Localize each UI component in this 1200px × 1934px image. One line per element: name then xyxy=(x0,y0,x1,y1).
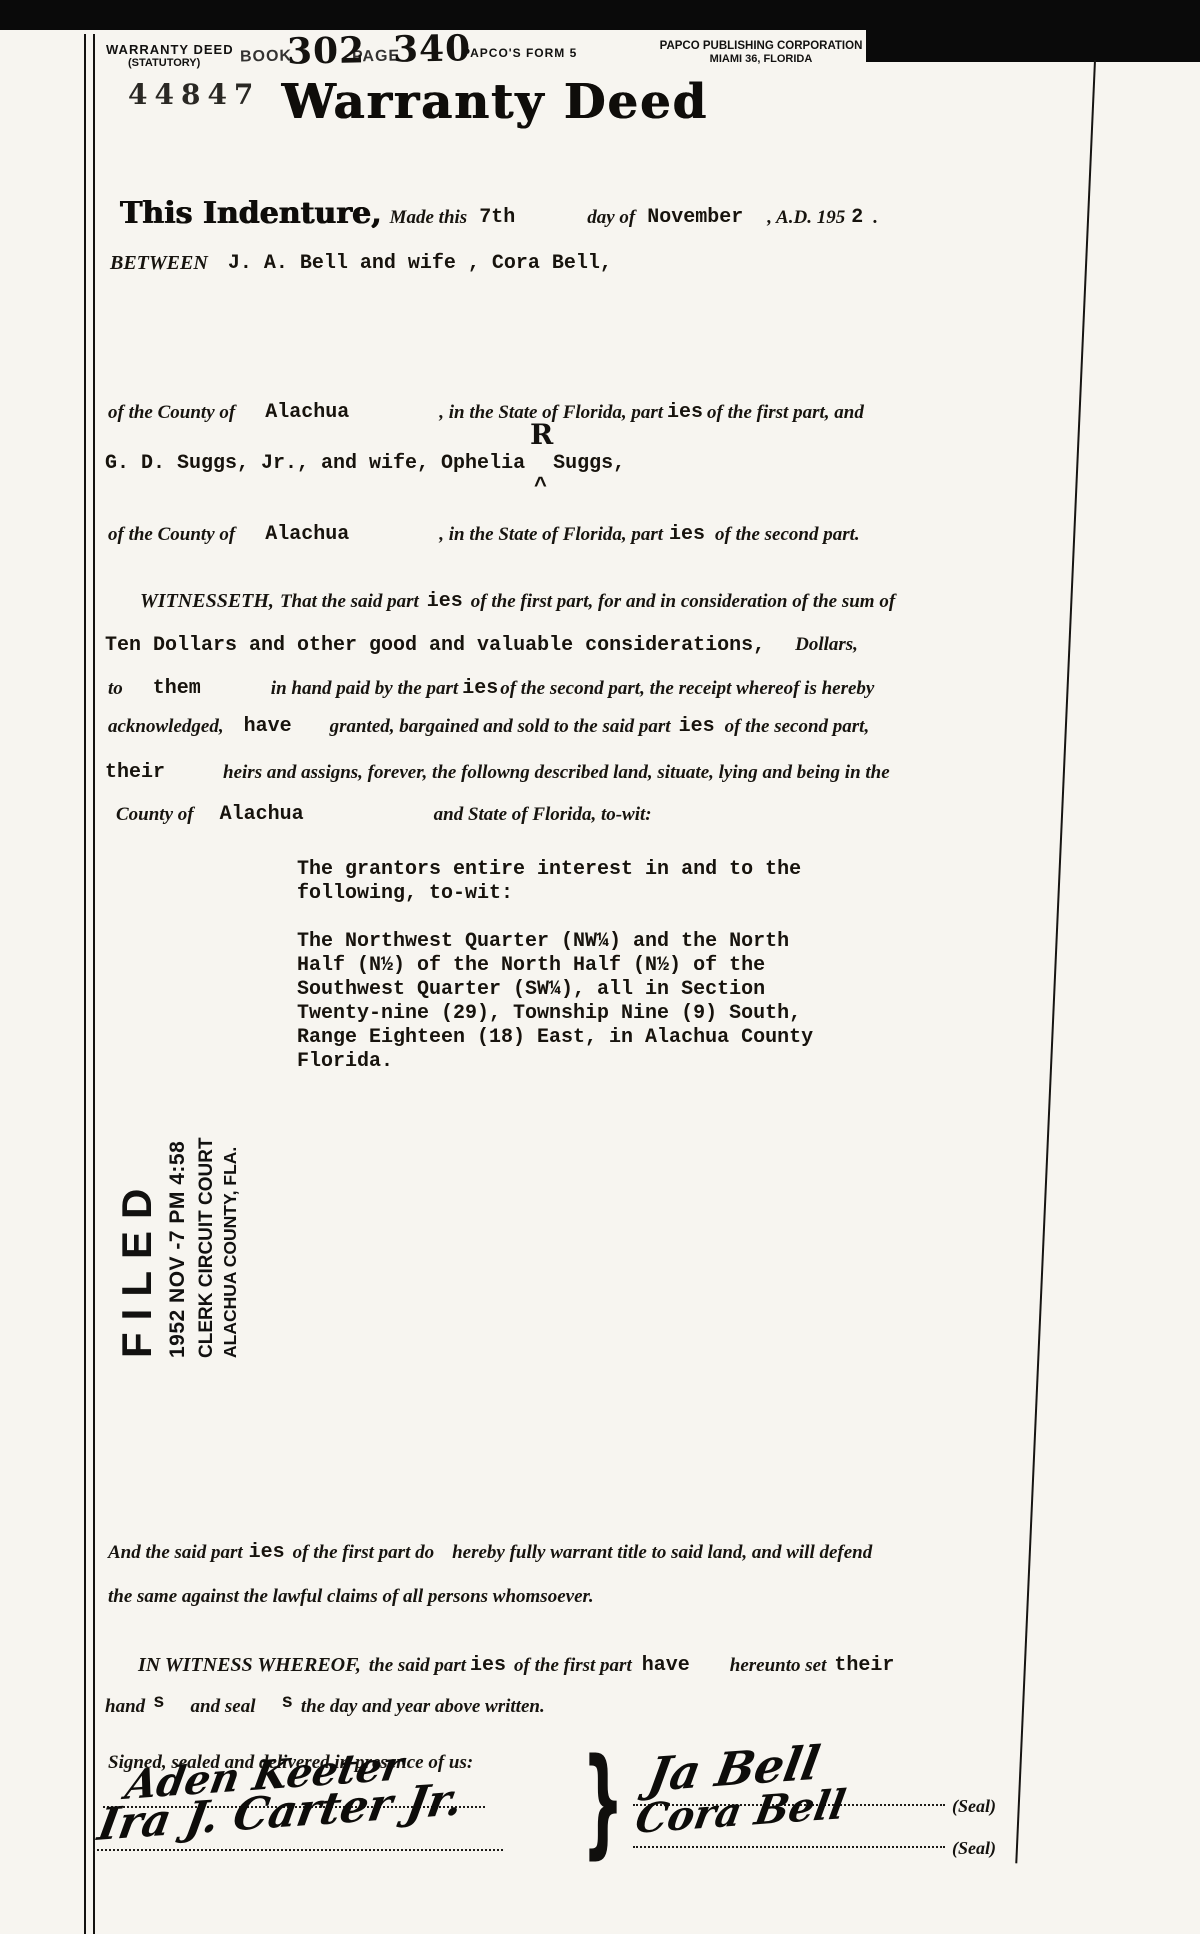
year-value: 2 xyxy=(851,206,863,229)
description-line: Half (N½) of the North Half (N½) of the xyxy=(297,954,765,977)
second-part-tail-label: of the second part. xyxy=(715,524,860,545)
filed-stamp-clerk: CLERK CIRCUIT COURT xyxy=(194,1100,219,1358)
form-type-label: WARRANTY DEED xyxy=(106,42,234,57)
paid-line: tothemin hand paid by the partiesof the … xyxy=(108,678,874,701)
warranty-line-2: the same against the lawful claims of al… xyxy=(108,1586,594,1608)
grantee-names-head: G. D. Suggs, Jr., and wife, Ophelia xyxy=(105,452,525,475)
amount-value: Ten Dollars and other good and valuable … xyxy=(105,634,765,657)
description-line: The grantors entire interest in and to t… xyxy=(297,858,801,881)
in-witness-label: IN WITNESS WHEREOF, xyxy=(138,1654,361,1676)
their-fill-2: their xyxy=(834,1654,894,1677)
hand-label: hand xyxy=(105,1696,145,1717)
page-number-stamp: 340 xyxy=(393,27,472,70)
county-value-first: Alachua xyxy=(265,401,349,424)
dollars-label: Dollars, xyxy=(795,634,858,655)
first-part-tail-label: of the first part, and xyxy=(707,402,864,423)
warranty-mid-label: of the first part do xyxy=(293,1542,434,1563)
county-of-label: County of xyxy=(116,804,194,825)
them-fill: them xyxy=(153,677,201,700)
hereunto-label: hereunto set xyxy=(730,1655,827,1676)
filed-stamp: FILED 1952 NOV -7 PM 4:58 CLERK CIRCUIT … xyxy=(112,1100,274,1358)
insertion-caret: ^ xyxy=(534,474,547,499)
right-rule xyxy=(1015,60,1096,1863)
ies-fill-2: ies xyxy=(669,523,705,546)
inserted-letter-r: R xyxy=(530,418,553,451)
witnesseth-label: WITNESSETH, xyxy=(140,590,274,612)
book-label-stamp: BOOK xyxy=(240,48,292,67)
acknowledged-label: acknowledged, xyxy=(108,716,224,737)
left-double-rule xyxy=(84,34,95,1934)
month-value: November xyxy=(647,206,743,229)
witness-signature-line-2 xyxy=(93,1849,503,1851)
ies-fill-7: ies xyxy=(470,1654,506,1677)
signature-brace: } xyxy=(582,1742,624,1860)
ies-fill-6: ies xyxy=(249,1541,285,1564)
county-value-second: Alachua xyxy=(265,523,349,546)
grantor-names: J. A. Bell and wife , Cora Bell, xyxy=(228,252,612,275)
description-line: Range Eighteen (18) East, in Alachua Cou… xyxy=(297,1026,813,1049)
between-label: BETWEEN xyxy=(110,252,208,274)
of-county-label: of the County of xyxy=(108,402,235,423)
warranty-line-1: And the said partiesof the first part do… xyxy=(108,1542,872,1565)
witnesseth-that-label: That the said part xyxy=(280,591,419,612)
county-state-line: County ofAlachuaand State of Florida, to… xyxy=(116,804,652,827)
of-county-label-2: of the County of xyxy=(108,524,235,545)
seal-label-2: (Seal) xyxy=(952,1838,996,1859)
day-of-label: day of xyxy=(587,207,635,228)
ies-fill-1: ies xyxy=(667,401,703,424)
of-first-part-label: of the first part xyxy=(514,1655,632,1676)
description-line: following, to-wit: xyxy=(297,882,513,905)
state-part-label-2: , in the State of Florida, part xyxy=(439,524,663,545)
this-indenture-text: This Indenture, xyxy=(120,196,382,231)
opening-line: This Indenture,Made this7thday ofNovembe… xyxy=(120,196,878,231)
and-seal-label: and seal xyxy=(191,1696,256,1717)
filed-stamp-filed: FILED xyxy=(112,1100,162,1358)
to-label: to xyxy=(108,678,123,699)
county-value-3: Alachua xyxy=(220,803,304,826)
warranty-tail-label: hereby fully warrant title to said land,… xyxy=(452,1542,872,1563)
receipt-label: of the second part, the receipt whereof … xyxy=(500,678,874,699)
s-fill-1: s xyxy=(153,1691,164,1713)
publisher-city: MIAMI 36, FLORIDA xyxy=(655,53,867,65)
publisher-name: PAPCO PUBLISHING CORPORATION xyxy=(655,40,867,52)
warranty-head-label: And the said part xyxy=(108,1542,243,1563)
second-part-county-line: of the County ofAlachua, in the State of… xyxy=(108,524,860,547)
granted-tail-label: of the second part, xyxy=(725,716,870,737)
day-value: 7th xyxy=(479,206,515,229)
said-part-label: the said part xyxy=(369,1655,466,1676)
document-title: Warranty Deed xyxy=(95,74,895,130)
their-fill: their xyxy=(105,761,165,784)
between-line: BETWEENJ. A. Bell and wife , Cora Bell, xyxy=(110,252,612,276)
ies-fill-3: ies xyxy=(427,590,463,613)
granted-label: granted, bargained and sold to the said … xyxy=(330,716,671,737)
hand-seal-line: handsand sealsthe day and year above wri… xyxy=(105,1696,545,1718)
witness-whereof-line: IN WITNESS WHEREOF,the said partiesof th… xyxy=(138,1654,894,1678)
written-label: the day and year above written. xyxy=(301,1696,545,1717)
granted-line: acknowledged,havegranted, bargained and … xyxy=(108,716,869,739)
state-tail-label: and State of Florida, to-wit: xyxy=(434,804,652,825)
description-line: Twenty-nine (29), Township Nine (9) Sout… xyxy=(297,1002,801,1025)
filed-stamp-county: ALACHUA COUNTY, FLA. xyxy=(219,1100,241,1358)
amount-line: Ten Dollars and other good and valuable … xyxy=(105,634,858,657)
description-line: Southwest Quarter (SW¼), all in Section xyxy=(297,978,765,1001)
grantor-signature-line-2 xyxy=(633,1846,945,1848)
ad-label: , A.D. 195 xyxy=(767,207,845,228)
made-this-label: Made this xyxy=(390,207,468,228)
scanned-warranty-deed-page: WARRANTY DEED (STATUTORY) BOOK 302 PAGE … xyxy=(0,0,1200,1934)
grantee-names-tail: Suggs, xyxy=(553,452,625,475)
form-ref-label: PAPCO'S FORM 5 xyxy=(462,46,577,60)
heirs-label: heirs and assigns, forever, the followng… xyxy=(223,762,890,783)
inhand-label: in hand paid by the part xyxy=(271,678,458,699)
have-fill-2: have xyxy=(642,1654,690,1677)
heirs-line: theirheirs and assigns, forever, the fol… xyxy=(105,762,890,785)
have-fill-1: have xyxy=(244,715,292,738)
s-fill-2: s xyxy=(281,1691,292,1713)
ies-fill-5: ies xyxy=(679,715,715,738)
witnesseth-line: WITNESSETH,That the said partiesof the f… xyxy=(140,590,895,614)
seal-label-1: (Seal) xyxy=(952,1796,996,1817)
ies-fill-4: ies xyxy=(462,677,498,700)
period-mark: . xyxy=(873,207,878,228)
description-line: Florida. xyxy=(297,1050,393,1073)
consideration-label: of the first part, for and in considerat… xyxy=(471,591,895,612)
first-part-county-line: of the County ofAlachua, in the State of… xyxy=(108,402,864,425)
description-line: The Northwest Quarter (NW¼) and the Nort… xyxy=(297,930,789,953)
scan-artifact-top-right-block xyxy=(866,0,1200,62)
form-subtype-label: (STATUTORY) xyxy=(128,57,200,69)
grantee-names-line: G. D. Suggs, Jr., and wife, OpheliaSuggs… xyxy=(105,452,625,475)
filed-stamp-datetime: 1952 NOV -7 PM 4:58 xyxy=(162,1100,194,1358)
